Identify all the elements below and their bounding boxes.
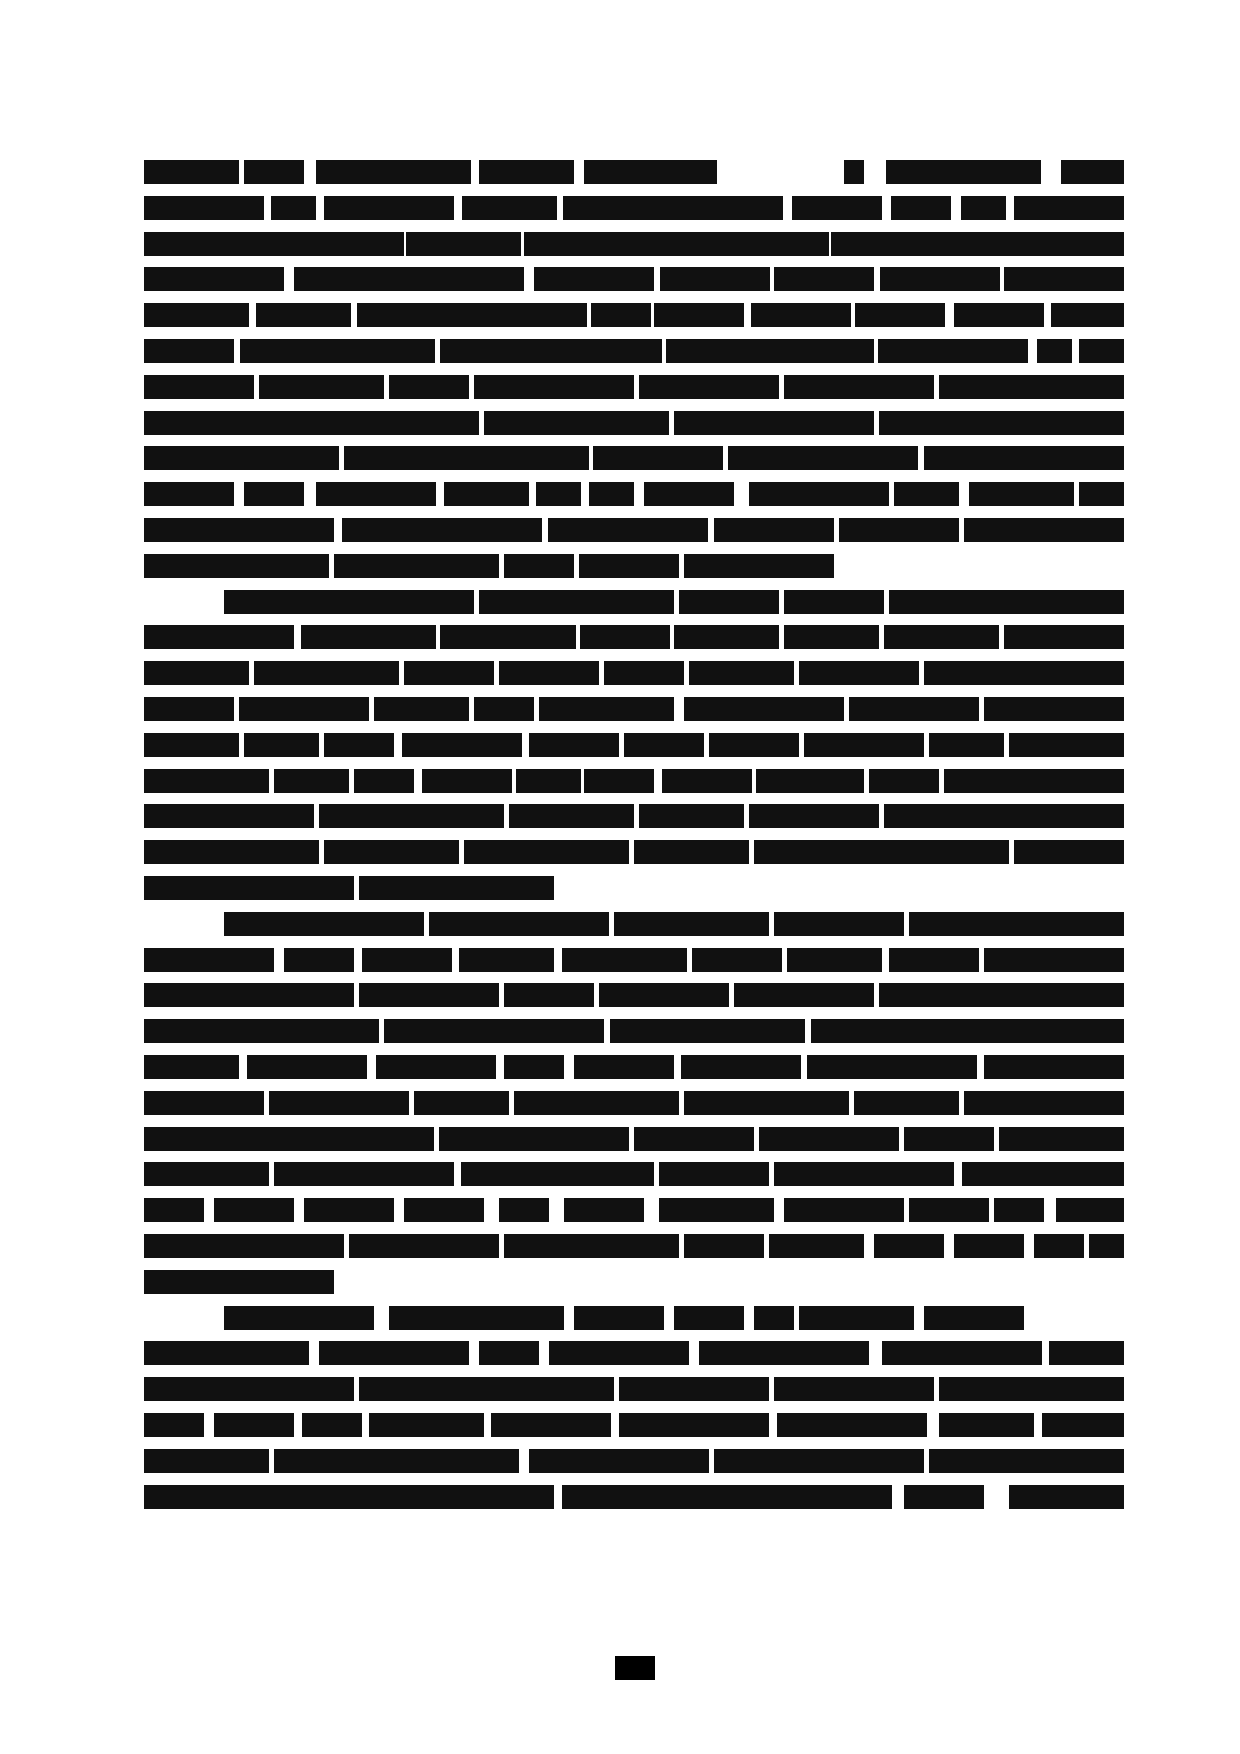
redacted-word (479, 1341, 539, 1365)
redacted-word (274, 1449, 519, 1473)
redacted-word (562, 1485, 892, 1509)
redacted-word (929, 733, 1004, 757)
redacted-word (1049, 1341, 1124, 1365)
redacted-word (499, 661, 599, 685)
redacted-word (144, 1162, 269, 1186)
text-line (144, 983, 1124, 1007)
text-line (144, 804, 1124, 828)
text-line (144, 1234, 1124, 1258)
redacted-word (144, 1449, 269, 1473)
redacted-word (884, 625, 999, 649)
text-line (144, 661, 1124, 685)
redacted-word (689, 661, 794, 685)
redacted-word (384, 1019, 604, 1043)
redacted-word (144, 1019, 379, 1043)
redacted-word (1024, 1449, 1124, 1473)
redacted-word (784, 625, 879, 649)
text-line (144, 1341, 1124, 1365)
redacted-word (819, 1449, 924, 1473)
redacted-word (962, 1162, 1124, 1186)
redacted-word (924, 661, 1124, 685)
text-line (144, 733, 1124, 757)
redacted-word (654, 303, 744, 327)
redacted-word (144, 1198, 204, 1222)
redacted-word (504, 983, 594, 1007)
redacted-word (774, 1162, 954, 1186)
redacted-word (684, 554, 834, 578)
redacted-word (1079, 482, 1124, 506)
redacted-word (344, 446, 589, 470)
redacted-word (784, 375, 934, 399)
redacted-word (754, 840, 1009, 864)
redacted-word (539, 697, 674, 721)
redacted-word (855, 303, 945, 327)
redacted-word (334, 554, 499, 578)
redacted-word (684, 697, 844, 721)
redacted-word (564, 1198, 644, 1222)
redacted-word (484, 411, 669, 435)
text-line (144, 1413, 1124, 1437)
redacted-word (536, 482, 581, 506)
redacted-word (759, 1127, 899, 1151)
text-line (144, 1306, 1124, 1330)
redacted-word (440, 339, 662, 363)
text-line (144, 411, 1124, 435)
text-line (144, 1127, 1124, 1151)
redacted-word (662, 769, 752, 793)
redacted-word (144, 983, 354, 1007)
redacted-word (1009, 733, 1124, 757)
text-line (144, 1091, 1124, 1115)
redacted-word (144, 1270, 334, 1294)
redacted-word (474, 375, 634, 399)
redacted-word (854, 1091, 959, 1115)
text-line (144, 375, 1124, 399)
redacted-word (889, 590, 1124, 614)
redacted-word (304, 1198, 394, 1222)
redacted-word (144, 1413, 204, 1437)
redacted-word (1009, 1485, 1124, 1509)
redacted-word (548, 518, 708, 542)
redacted-word (591, 303, 651, 327)
redacted-word (799, 661, 919, 685)
redacted-word (462, 196, 557, 220)
redacted-word (274, 1162, 454, 1186)
text-line (144, 590, 1124, 614)
redacted-word (324, 196, 454, 220)
redacted-word (709, 733, 799, 757)
redacted-word (831, 232, 1124, 256)
redacted-word (316, 160, 471, 184)
redacted-word (439, 1127, 629, 1151)
redacted-word (563, 196, 783, 220)
redacted-word (144, 804, 314, 828)
redacted-word (878, 339, 1028, 363)
redacted-word (1061, 160, 1124, 184)
redacted-word (844, 160, 864, 184)
redacted-word (324, 733, 394, 757)
redacted-word (524, 232, 829, 256)
redacted-word (244, 160, 304, 184)
redacted-word (777, 1413, 927, 1437)
redacted-word (604, 661, 684, 685)
redacted-word (879, 983, 1124, 1007)
text-line (144, 1485, 1124, 1509)
redacted-word (144, 446, 339, 470)
redacted-word (214, 1198, 294, 1222)
redacted-word (924, 446, 1124, 470)
redacted-word (880, 267, 1000, 291)
redacted-word (964, 1091, 1124, 1115)
redacted-word (529, 733, 619, 757)
redacted-word (256, 303, 351, 327)
redacted-word (406, 232, 521, 256)
redacted-word (749, 804, 879, 828)
redacted-word (504, 554, 574, 578)
redacted-word (144, 948, 274, 972)
redacted-word (1014, 840, 1124, 864)
text-line (144, 446, 1124, 470)
redacted-word (319, 804, 504, 828)
redacted-word (144, 518, 334, 542)
redacted-word (984, 1055, 1124, 1079)
redacted-word (580, 625, 670, 649)
redacted-word (774, 912, 904, 936)
redacted-word (534, 267, 654, 291)
redacted-word (464, 267, 524, 291)
redacted-word (644, 482, 734, 506)
redacted-word (1004, 267, 1124, 291)
text-line (144, 196, 1124, 220)
text-line (144, 912, 1124, 936)
redacted-word (839, 518, 959, 542)
redacted-word (1042, 1413, 1124, 1437)
text-line (144, 1270, 1124, 1294)
redacted-word (549, 1341, 689, 1365)
redacted-word (734, 983, 874, 1007)
redacted-word (939, 1413, 1034, 1437)
redacted-word (639, 375, 779, 399)
redacted-word (1004, 625, 1124, 649)
redacted-word (244, 733, 319, 757)
redacted-word (754, 1306, 794, 1330)
text-line (144, 1449, 1124, 1473)
redacted-word (579, 554, 679, 578)
redacted-word (144, 554, 329, 578)
redacted-word (1056, 1198, 1124, 1222)
redacted-word (144, 482, 234, 506)
redacted-word (660, 267, 770, 291)
redacted-word (684, 1091, 849, 1115)
redacted-word (516, 769, 581, 793)
redacted-word (699, 1341, 869, 1365)
redacted-word (961, 196, 1006, 220)
redacted-word (884, 804, 1124, 828)
redacted-word (464, 840, 629, 864)
redacted-word (402, 733, 522, 757)
redacted-word (904, 1485, 984, 1509)
redacted-word (659, 1162, 769, 1186)
redacted-word (749, 482, 889, 506)
redacted-word (807, 1055, 977, 1079)
redacted-word (909, 1198, 989, 1222)
text-line (144, 1377, 1124, 1401)
redacted-word (692, 948, 782, 972)
redacted-word (969, 482, 1074, 506)
text-line (144, 840, 1124, 864)
redacted-word (610, 1019, 805, 1043)
redacted-word (886, 160, 1041, 184)
redacted-word (954, 1234, 1024, 1258)
redacted-word (617, 160, 717, 184)
text-line (144, 160, 1124, 184)
redacted-word (891, 196, 951, 220)
text-line (144, 1162, 1124, 1186)
redacted-word (144, 232, 404, 256)
redacted-word (144, 339, 234, 363)
redacted-word (374, 697, 469, 721)
redacted-word (144, 661, 249, 685)
redacted-word (774, 1377, 934, 1401)
redacted-word (274, 769, 349, 793)
redacted-word (504, 1234, 679, 1258)
redacted-word (444, 482, 529, 506)
text-line (144, 518, 1124, 542)
redacted-word (894, 482, 959, 506)
redacted-word (144, 303, 249, 327)
redacted-word (529, 1449, 604, 1473)
redacted-word (584, 769, 654, 793)
redacted-word (614, 912, 769, 936)
redacted-word (714, 1449, 824, 1473)
redacted-word (792, 196, 882, 220)
text-line (144, 232, 1124, 256)
redacted-word (811, 1019, 1124, 1043)
redacted-word (666, 339, 874, 363)
redacted-word (144, 840, 319, 864)
redacted-word (144, 625, 294, 649)
redacted-word (504, 1055, 564, 1079)
redacted-word (389, 1306, 564, 1330)
redacted-word (271, 196, 316, 220)
redacted-word (904, 1127, 994, 1151)
redacted-word (259, 375, 384, 399)
redacted-word (144, 1341, 309, 1365)
redacted-word (1089, 1234, 1124, 1258)
redacted-word (254, 661, 399, 685)
redacted-word (634, 840, 749, 864)
redacted-word (319, 1341, 469, 1365)
redacted-word (144, 196, 264, 220)
redacted-word (751, 303, 851, 327)
redacted-word (728, 446, 918, 470)
redacted-word (619, 1377, 769, 1401)
redacted-word (144, 733, 239, 757)
redacted-word (774, 267, 874, 291)
redacted-word (924, 1306, 1024, 1330)
text-line (144, 267, 1124, 291)
redacted-word (144, 1091, 264, 1115)
redacted-word (239, 697, 369, 721)
redacted-word (909, 912, 1124, 936)
redacted-word (224, 1306, 374, 1330)
redacted-word (574, 1055, 674, 1079)
redacted-word (574, 1306, 664, 1330)
redacted-word (944, 769, 1124, 793)
redacted-word (144, 1234, 344, 1258)
redacted-word (514, 1091, 679, 1115)
redacted-word (357, 303, 587, 327)
redacted-word (1037, 339, 1072, 363)
page-number-redacted (615, 1656, 655, 1680)
redacted-word (301, 625, 436, 649)
redacted-word (1051, 303, 1124, 327)
redacted-word (714, 518, 834, 542)
redacted-word (509, 804, 634, 828)
redacted-word (589, 482, 634, 506)
redacted-word (359, 876, 554, 900)
redacted-word (882, 1341, 1042, 1365)
redacted-word (144, 1377, 354, 1401)
redacted-word (294, 267, 464, 291)
redacted-word (964, 518, 1124, 542)
redacted-word (369, 1413, 484, 1437)
redacted-word (359, 1377, 614, 1401)
text-line (144, 1198, 1124, 1222)
redacted-word (144, 375, 254, 399)
text-line (144, 697, 1124, 721)
redacted-word (349, 1234, 499, 1258)
redacted-word (284, 948, 354, 972)
redacted-word (954, 303, 1044, 327)
redacted-word (849, 697, 979, 721)
text-line (144, 625, 1124, 649)
redacted-word (144, 697, 234, 721)
redacted-word (634, 1127, 754, 1151)
redacted-word (214, 1413, 294, 1437)
redacted-word (404, 661, 494, 685)
redacted-word (787, 948, 882, 972)
redacted-word (144, 876, 354, 900)
redacted-word (984, 948, 1124, 972)
redacted-word (491, 1413, 611, 1437)
redacted-word (799, 1306, 914, 1330)
text-line (144, 482, 1124, 506)
redacted-word (659, 1198, 774, 1222)
redacted-word (593, 446, 723, 470)
document-page (0, 0, 1240, 1754)
redacted-word (674, 1306, 744, 1330)
redacted-word (440, 625, 576, 649)
redacted-word (784, 1198, 904, 1222)
text-line (144, 769, 1124, 793)
redacted-word (144, 1127, 434, 1151)
redacted-word (679, 590, 779, 614)
text-line (144, 876, 1124, 900)
redacted-word (756, 769, 864, 793)
redacted-word (269, 1091, 409, 1115)
redacted-word (804, 733, 924, 757)
redacted-word (144, 411, 479, 435)
redacted-word (422, 769, 512, 793)
redacted-word (247, 1055, 367, 1079)
text-line (144, 339, 1124, 363)
redacted-word (316, 482, 436, 506)
redacted-word (240, 339, 435, 363)
text-line (144, 1019, 1124, 1043)
redacted-word (562, 948, 687, 972)
redacted-word (429, 912, 609, 936)
redacted-word (362, 948, 452, 972)
redacted-word (144, 1055, 239, 1079)
redacted-word (624, 733, 704, 757)
redacted-word (244, 482, 304, 506)
redacted-word (879, 411, 1124, 435)
redacted-word (1079, 339, 1124, 363)
redacted-word (1034, 1234, 1084, 1258)
text-line (144, 1055, 1124, 1079)
redacted-word (499, 1198, 549, 1222)
text-line (144, 303, 1124, 327)
redacted-word (144, 267, 284, 291)
redacted-word (619, 1413, 769, 1437)
redacted-word (144, 160, 239, 184)
redacted-word (674, 411, 874, 435)
redacted-word (144, 1485, 554, 1509)
redacted-word (324, 840, 459, 864)
text-line (144, 948, 1124, 972)
redacted-word (674, 625, 779, 649)
redacted-word (889, 948, 979, 972)
redacted-word (984, 697, 1124, 721)
redacted-word (479, 160, 574, 184)
redacted-word (359, 983, 499, 1007)
redacted-word (939, 1377, 1124, 1401)
redacted-word (459, 948, 554, 972)
redacted-word (461, 1162, 654, 1186)
redacted-word (869, 769, 939, 793)
redacted-word (939, 375, 1124, 399)
redacted-word (1014, 196, 1124, 220)
redacted-word (639, 804, 744, 828)
redacted-word (404, 1198, 484, 1222)
redacted-word (474, 697, 534, 721)
redacted-word (354, 769, 414, 793)
redacted-word (994, 1198, 1044, 1222)
redacted-word (376, 1055, 496, 1079)
redacted-word (389, 375, 469, 399)
redacted-word (224, 912, 424, 936)
text-line (144, 554, 1124, 578)
redacted-word (874, 1234, 944, 1258)
redacted-word (681, 1055, 801, 1079)
redacted-word (479, 590, 674, 614)
redacted-word (144, 769, 269, 793)
redacted-word (224, 590, 474, 614)
redacted-word (599, 983, 729, 1007)
redacted-word (599, 1449, 709, 1473)
redacted-word (414, 1091, 509, 1115)
redacted-word (302, 1413, 362, 1437)
redacted-word (684, 1234, 764, 1258)
redacted-word (769, 1234, 864, 1258)
redacted-word (784, 590, 884, 614)
redacted-word (342, 518, 542, 542)
redacted-word (999, 1127, 1124, 1151)
